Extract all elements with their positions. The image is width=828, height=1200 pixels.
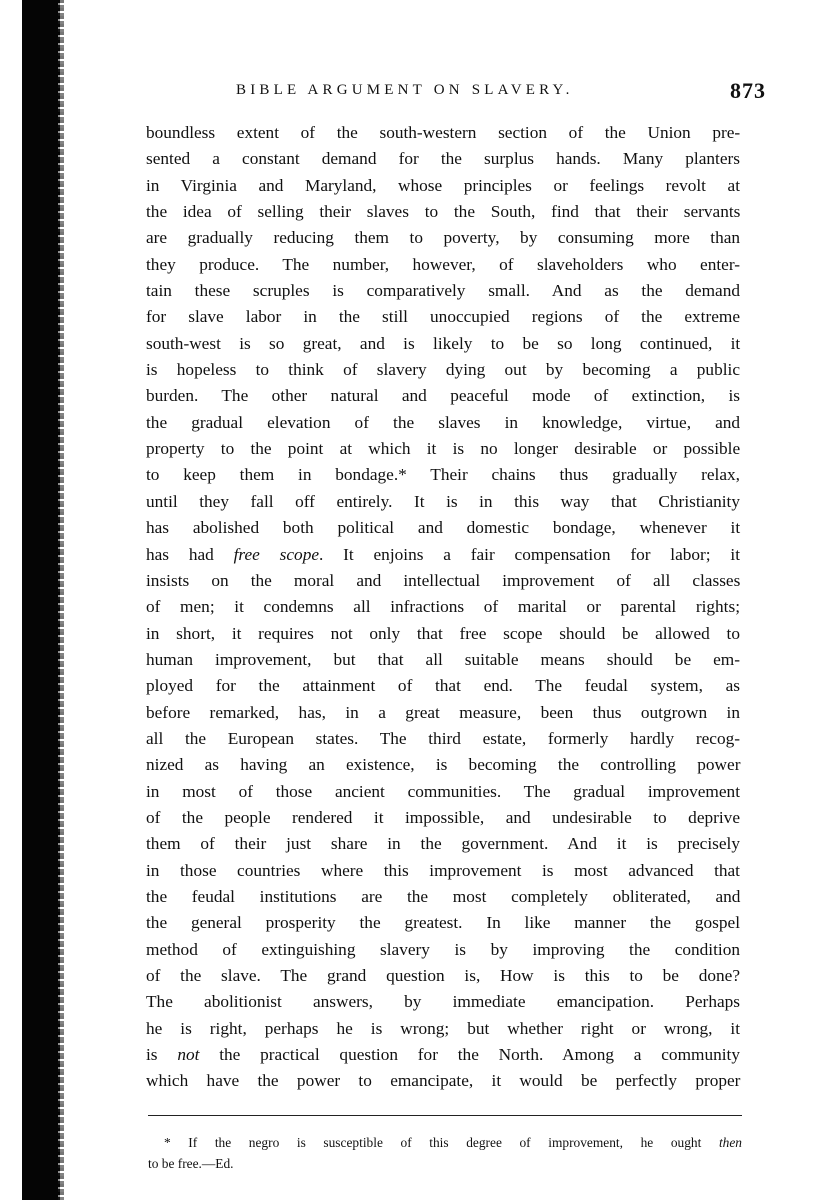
text-line: they produce. The number, however, of sl…: [146, 252, 740, 278]
footnote: * If the negro is susceptible of this de…: [148, 1132, 742, 1174]
text-segment: is: [146, 1045, 177, 1064]
text-segment: . It enjoins a fair compensation for lab…: [319, 545, 740, 564]
text-line: The abolitionist answers, by immediate e…: [146, 989, 740, 1015]
text-line: ployed for the attainment of that end. T…: [146, 673, 740, 699]
emphasis-text: not: [177, 1045, 199, 1064]
text-line: all the European states. The third estat…: [146, 726, 740, 752]
book-binding-edge: [22, 0, 60, 1200]
text-line: the idea of selling their slaves to the …: [146, 199, 740, 225]
text-line: property to the point at which it is no …: [146, 436, 740, 462]
text-line: which have the power to emancipate, it w…: [146, 1068, 740, 1094]
text-line: the general prosperity the greatest. In …: [146, 910, 740, 936]
page-header: BIBLE ARGUMENT ON SLAVERY. 873: [236, 78, 766, 108]
text-line: until they fall off entirely. It is in t…: [146, 489, 740, 515]
text-line: in most of those ancient communities. Th…: [146, 779, 740, 805]
text-line: to keep them in bondage.* Their chains t…: [146, 462, 740, 488]
text-line: nized as having an existence, is becomin…: [146, 752, 740, 778]
footnote-line: to be free.—Ed.: [148, 1153, 742, 1174]
footnote-line: * If the negro is susceptible of this de…: [148, 1132, 742, 1153]
emphasis-text: free scope: [234, 545, 319, 564]
text-line: is hopeless to think of slavery dying ou…: [146, 357, 740, 383]
text-line: sented a constant demand for the surplus…: [146, 146, 740, 172]
text-line: of the people rendered it impossible, an…: [146, 805, 740, 831]
text-segment: the practical question for the North. Am…: [199, 1045, 740, 1064]
footnote-emphasis: then: [719, 1135, 742, 1150]
text-line: is not the practical question for the No…: [146, 1042, 740, 1068]
text-line: in those countries where this improvemen…: [146, 858, 740, 884]
text-segment: has had: [146, 545, 234, 564]
text-line: human improvement, but that all suitable…: [146, 647, 740, 673]
text-line: before remarked, has, in a great measure…: [146, 700, 740, 726]
text-line: has abolished both political and domesti…: [146, 515, 740, 541]
footnote-divider: [148, 1115, 742, 1116]
running-title: BIBLE ARGUMENT ON SLAVERY.: [236, 82, 574, 99]
text-line: south-west is so great, and is likely to…: [146, 331, 740, 357]
text-line: them of their just share in the governme…: [146, 831, 740, 857]
text-line: burden. The other natural and peaceful m…: [146, 383, 740, 409]
text-line: tain these scruples is comparatively sma…: [146, 278, 740, 304]
text-line: in short, it requires not only that free…: [146, 621, 740, 647]
text-line: in Virginia and Maryland, whose principl…: [146, 173, 740, 199]
text-line: method of extinguishing slavery is by im…: [146, 937, 740, 963]
text-line: insists on the moral and intellectual im…: [146, 568, 740, 594]
text-line: boundless extent of the south-western se…: [146, 120, 740, 146]
text-line: of men; it condemns all infractions of m…: [146, 594, 740, 620]
text-line: he is right, perhaps he is wrong; but wh…: [146, 1016, 740, 1042]
text-line: for slave labor in the still unoccupied …: [146, 304, 740, 330]
body-text: boundless extent of the south-western se…: [146, 120, 740, 1095]
text-line: are gradually reducing them to poverty, …: [146, 225, 740, 251]
footnote-text: * If the negro is susceptible of this de…: [164, 1135, 719, 1150]
text-line: has had free scope. It enjoins a fair co…: [146, 542, 740, 568]
page-number: 873: [730, 78, 766, 104]
text-line: the gradual elevation of the slaves in k…: [146, 410, 740, 436]
text-line: the feudal institutions are the most com…: [146, 884, 740, 910]
text-line: of the slave. The grand question is, How…: [146, 963, 740, 989]
